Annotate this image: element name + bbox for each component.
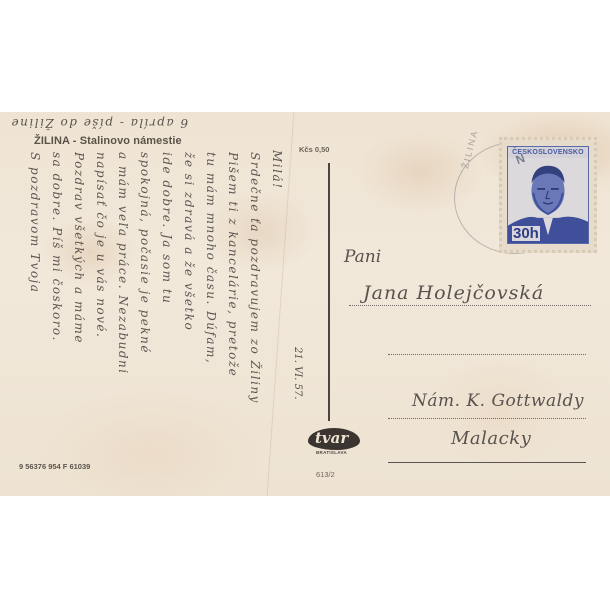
message-line: S pozdravom Tvoja: [28, 152, 42, 293]
message-line: napísať čo je u vás nové.: [94, 152, 108, 338]
message-line: Pozdrav všetkých a máme: [72, 152, 86, 344]
publisher-logo: tvar BRATISLAVA: [308, 428, 360, 456]
stamp-value: 30h: [512, 226, 540, 241]
message-date: 21. VI. 57.: [292, 347, 303, 400]
logo-text: tvar: [315, 429, 348, 447]
message-line: Srdečne ťa pozdravujem zo Žiliny: [248, 152, 262, 404]
message-line: sa dobre. Píš mi čoskoro.: [50, 152, 64, 342]
series-code: 9 56376 954 F 61039: [19, 462, 90, 471]
message-top-line: 6 apríla - píše do Žiline: [10, 116, 188, 130]
postcard-back: 6 apríla - píše do Žiline Milá!Srdečne ť…: [0, 112, 610, 496]
divider-line: [328, 163, 330, 421]
message-line: spokojná, počasie je pekné: [138, 152, 152, 354]
handwritten-message: Milá!Srdečne ťa pozdravujem zo ŽilinyPiš…: [8, 130, 298, 490]
address-salutation: Pani: [344, 247, 381, 267]
message-line: že si zdravá a že všetko: [182, 152, 196, 331]
printed-price: Kčs 0,50: [299, 145, 329, 154]
address-line-1: [349, 305, 591, 306]
message-line: Pišem ti z kancelárie, pretože: [226, 152, 240, 377]
address-line-4: [388, 462, 586, 463]
address-street: Nám. K. Gottwaldy: [412, 391, 584, 411]
message-line: Milá!: [270, 150, 284, 189]
catalog-number: 613/2: [316, 470, 335, 479]
logo-city: BRATISLAVA: [316, 450, 347, 455]
message-line: ide dobre. Ja som tu: [160, 152, 174, 304]
address-line-3: [388, 418, 586, 419]
message-line: tu mám mnoho času. Dúfam,: [204, 152, 218, 364]
message-line: a mám veľa práce. Nezabudni: [116, 152, 130, 375]
address-name: Jana Holejčovská: [363, 282, 544, 304]
printed-caption: ŽILINA - Stalinovo námestie: [34, 135, 182, 147]
address-line-2: [388, 354, 586, 355]
address-city: Malacky: [451, 428, 531, 449]
